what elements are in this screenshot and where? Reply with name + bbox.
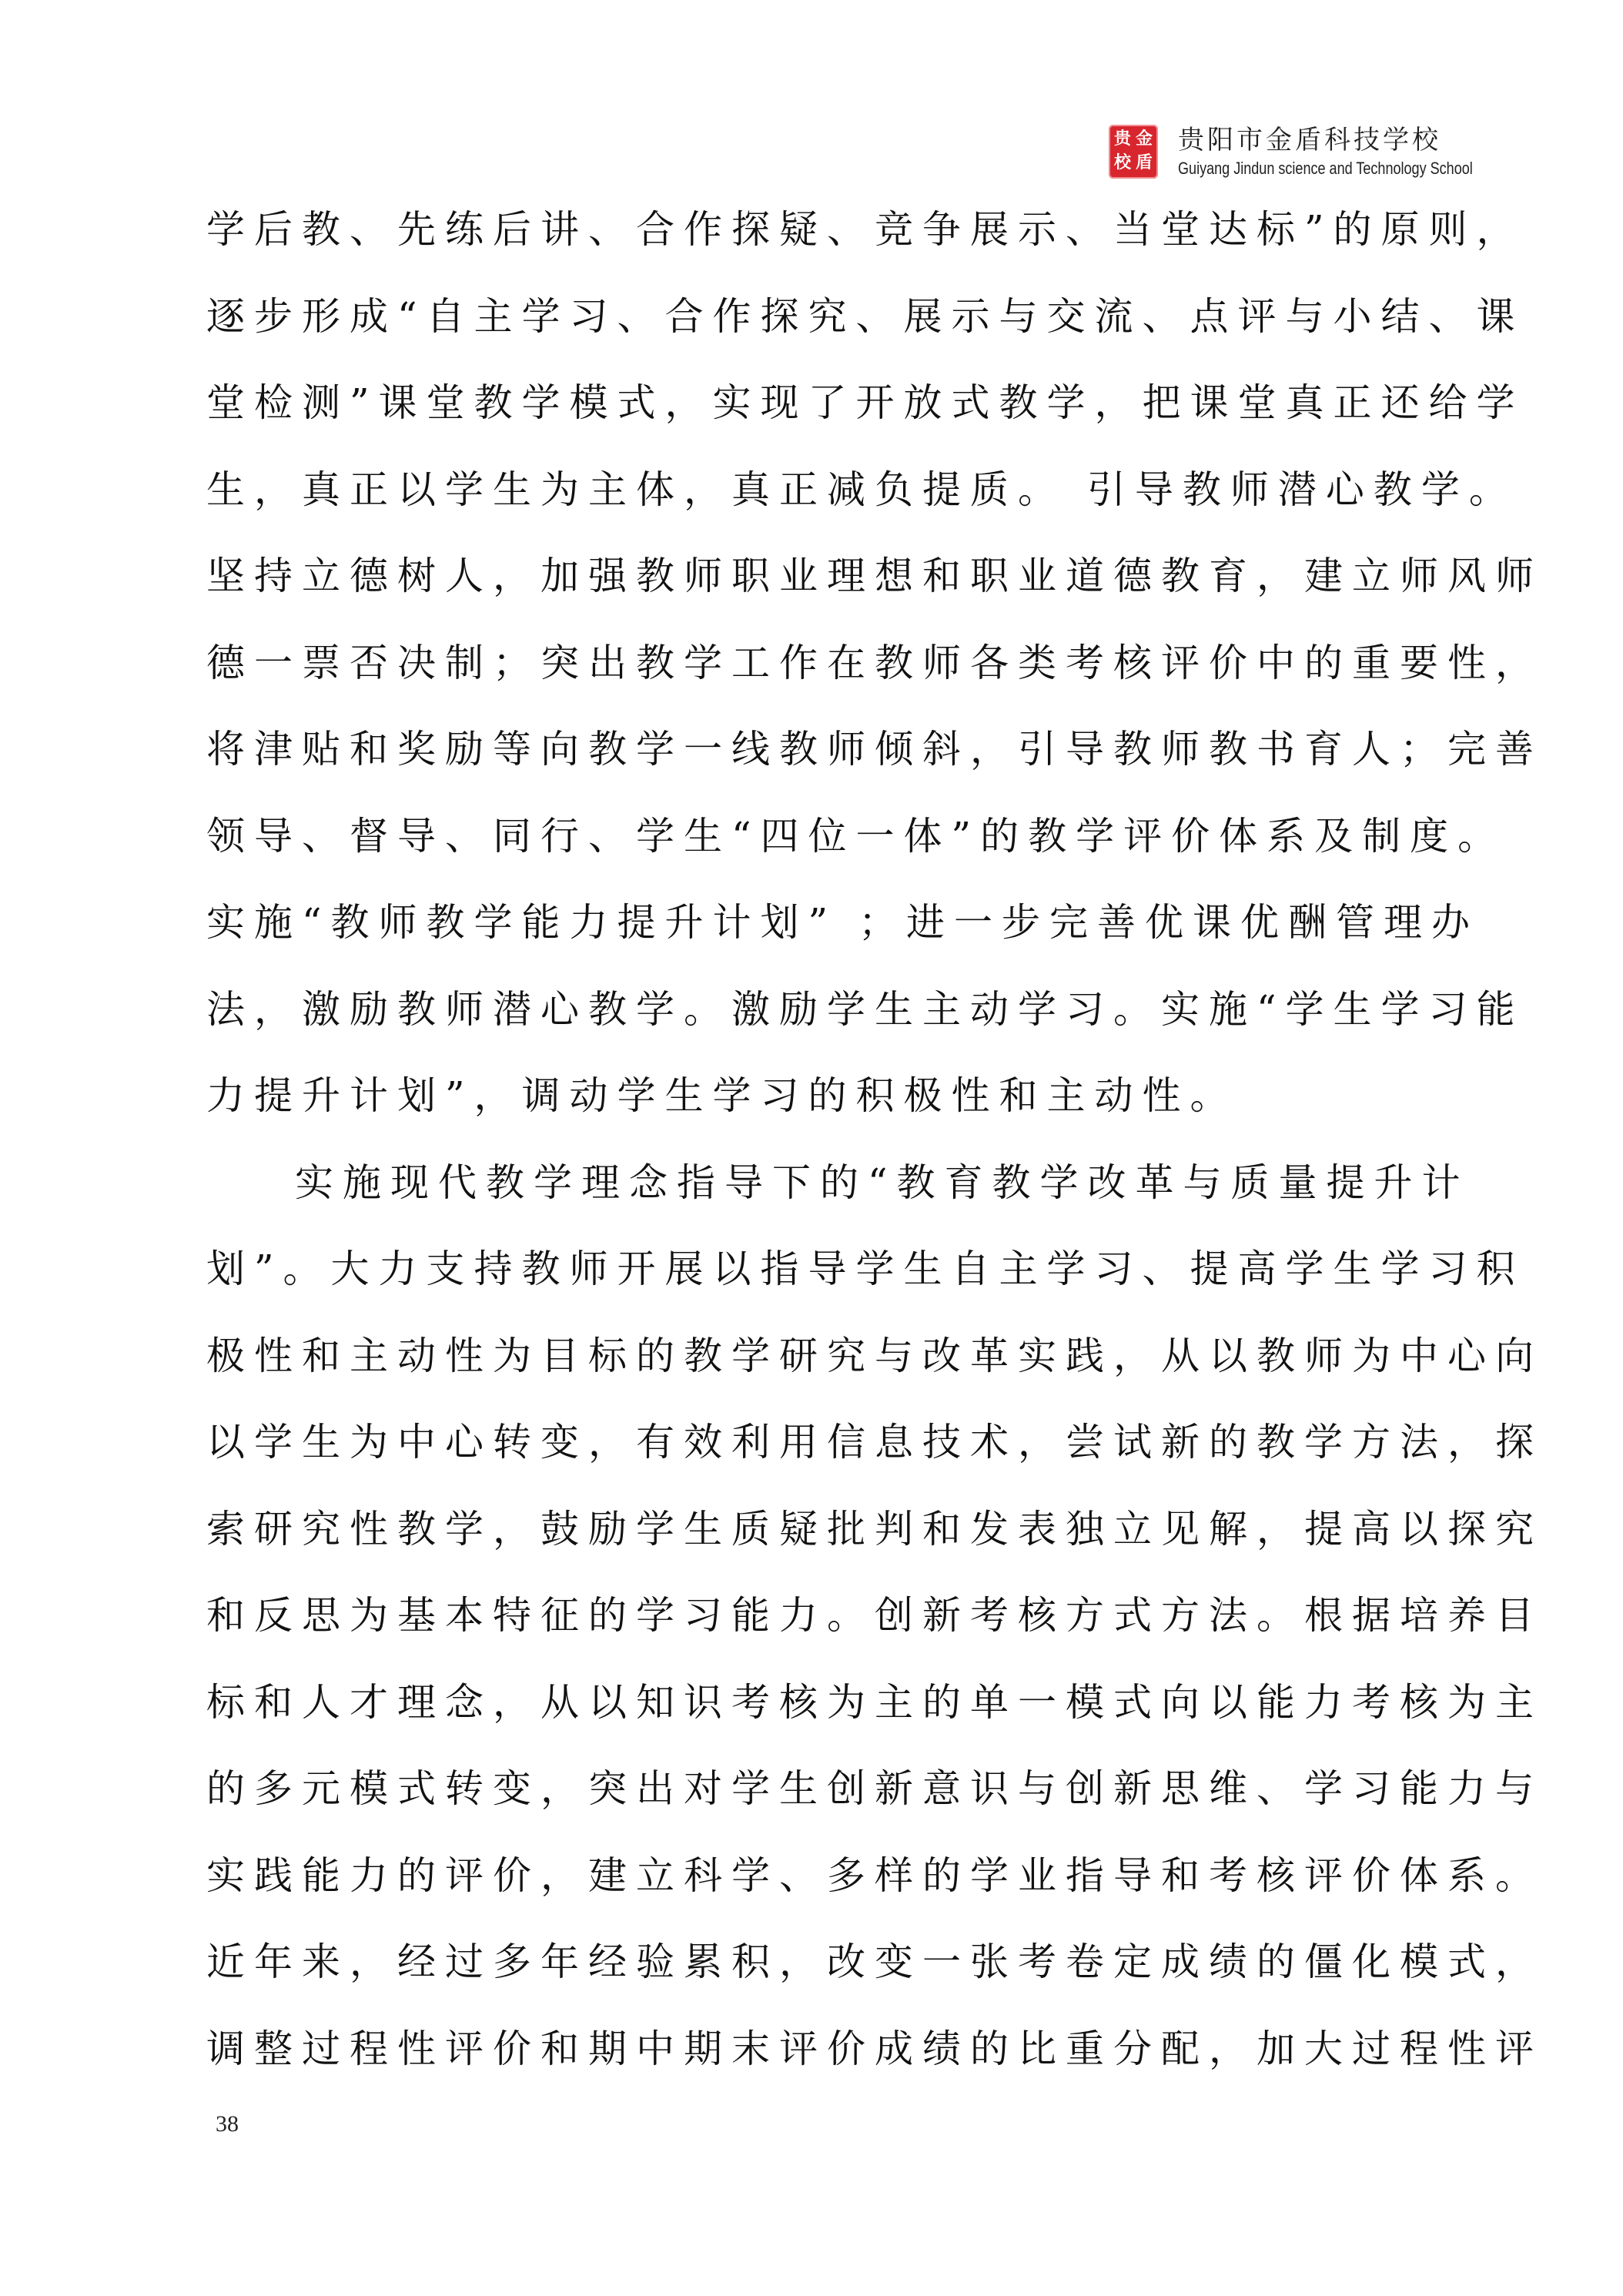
text-line: 索研究性教学，鼓励学生质疑批判和发表独立见解，提高以探究 <box>206 1506 1438 1593</box>
text-line: 实施“教师教学能力提升计划” ；进一步完善优课优酬管理办 <box>206 899 1438 986</box>
text-line: 实践能力的评价，建立科学、多样的学业指导和考核评价体系。 <box>206 1853 1438 1940</box>
text-line: 以学生为中心转变，有效利用信息技术，尝试新的教学方法，探 <box>206 1419 1438 1506</box>
school-name-block: 贵阳市金盾科技学校 Guiyang Jindun science and Tec… <box>1178 123 1538 180</box>
seal-char: 盾 <box>1133 152 1155 176</box>
body-text: 学后教、先练后讲、合作探疑、竞争展示、当堂达标”的原则， 逐步形成“自主学习、合… <box>206 206 1438 2112</box>
text-line: 法，激励教师潜心教学。激励学生主动学习。实施“学生学习能 <box>206 986 1438 1073</box>
text-line: 极性和主动性为目标的教学研究与改革实践，从以教师为中心向 <box>206 1333 1438 1420</box>
text-line: 堂检测”课堂教学模式，实现了开放式教学，把课堂真正还给学 <box>206 380 1438 467</box>
school-name-cn: 贵阳市金盾科技学校 <box>1178 123 1538 157</box>
text-line: 生，真正以学生为主体，真正减负提质。 引导教师潜心教学。 <box>206 467 1438 554</box>
text-line: 标和人才理念，从以知识考核为主的单一模式向以能力考核为主 <box>206 1679 1438 1766</box>
text-line: 德一票否决制；突出教学工作在教师各类考核评价中的重要性， <box>206 640 1438 727</box>
text-line: 领导、督导、同行、学生“四位一体”的教学评价体系及制度。 <box>206 813 1438 900</box>
school-name-en: Guiyang Jindun science and Technology Sc… <box>1178 157 1473 180</box>
text-line: 近年来，经过多年经验累积，改变一张考卷定成绩的僵化模式， <box>206 1939 1438 2026</box>
text-line: 逐步形成“自主学习、合作探究、展示与交流、点评与小结、课 <box>206 293 1438 380</box>
text-line: 调整过程性评价和期中期末评价成绩的比重分配，加大过程性评 <box>206 2026 1438 2113</box>
text-line: 坚持立德树人，加强教师职业理想和职业道德教育，建立师风师 <box>206 553 1438 640</box>
seal-char: 金 <box>1133 128 1155 152</box>
text-line: 学后教、先练后讲、合作探疑、竞争展示、当堂达标”的原则， <box>206 206 1438 293</box>
text-line: 划”。大力支持教师开展以指导学生自主学习、提高学生学习积 <box>206 1246 1438 1333</box>
seal-char: 校 <box>1112 152 1133 176</box>
text-line: 的多元模式转变，突出对学生创新意识与创新思维、学习能力与 <box>206 1766 1438 1853</box>
paragraph-start-line: 实施现代教学理念指导下的“教育教学改革与质量提升计 <box>206 1160 1438 1247</box>
school-seal-logo-icon: 贵 金 校 盾 <box>1109 125 1158 179</box>
seal-char: 贵 <box>1112 128 1133 152</box>
document-page: 贵 金 校 盾 贵阳市金盾科技学校 Guiyang Jindun science… <box>0 0 1623 2296</box>
text-line: 将津贴和奖励等向教学一线教师倾斜，引导教师教书育人；完善 <box>206 726 1438 813</box>
text-line: 和反思为基本特征的学习能力。创新考核方式方法。根据培养目 <box>206 1592 1438 1679</box>
page-header: 贵 金 校 盾 贵阳市金盾科技学校 Guiyang Jindun science… <box>1109 117 1538 186</box>
text-line: 力提升计划”，调动学生学习的积极性和主动性。 <box>206 1073 1438 1160</box>
page-number: 38 <box>216 2111 239 2137</box>
